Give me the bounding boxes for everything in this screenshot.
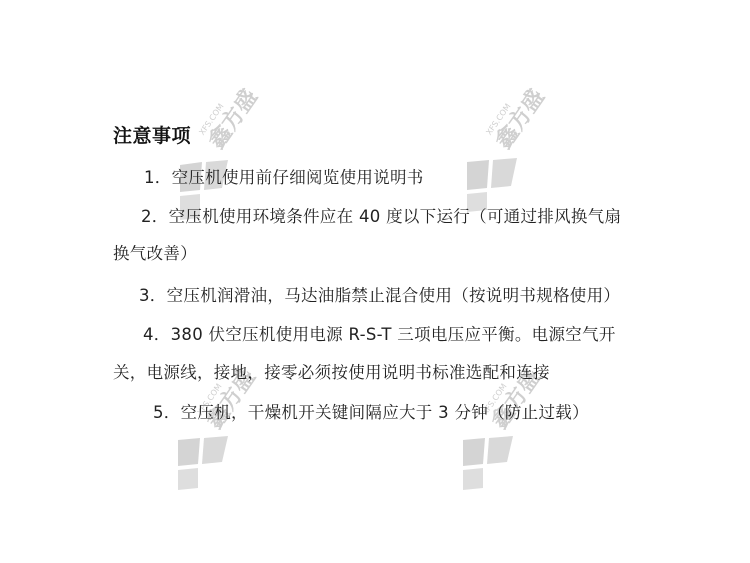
list-item-4-line-2: 关，电源线，接地，接零必须按使用说明书标准选配和连接 bbox=[113, 359, 550, 383]
list-item-1: 1．空压机使用前仔细阅览使用说明书 bbox=[144, 164, 424, 188]
list-item-3: 3．空压机润滑油，马达油脂禁止混合使用（按说明书规格使用） bbox=[139, 282, 620, 306]
svg-text:鑫方盛: 鑫方盛 bbox=[204, 84, 263, 153]
watermark-logo-icon: 鑫方盛 XFS.COM bbox=[455, 70, 585, 220]
list-item-2-line-2: 换气改善） bbox=[113, 240, 197, 264]
svg-text:XFS.COM: XFS.COM bbox=[197, 102, 225, 137]
document-title: 注意事项 bbox=[113, 121, 191, 148]
svg-text:XFS.COM: XFS.COM bbox=[484, 102, 512, 137]
svg-text:鑫方盛: 鑫方盛 bbox=[491, 84, 550, 153]
list-item-2-line-1: 2．空压机使用环境条件应在 40 度以下运行（可通过排风换气扇 bbox=[141, 203, 621, 227]
list-item-5: 5．空压机，干燥机开关键间隔应大于 3 分钟（防止过载） bbox=[153, 399, 589, 423]
watermark-top-right: 鑫方盛 XFS.COM bbox=[455, 70, 585, 224]
list-item-4-line-1: 4．380 伏空压机使用电源 R-S-T 三项电压应平衡。电源空气开 bbox=[143, 321, 616, 345]
